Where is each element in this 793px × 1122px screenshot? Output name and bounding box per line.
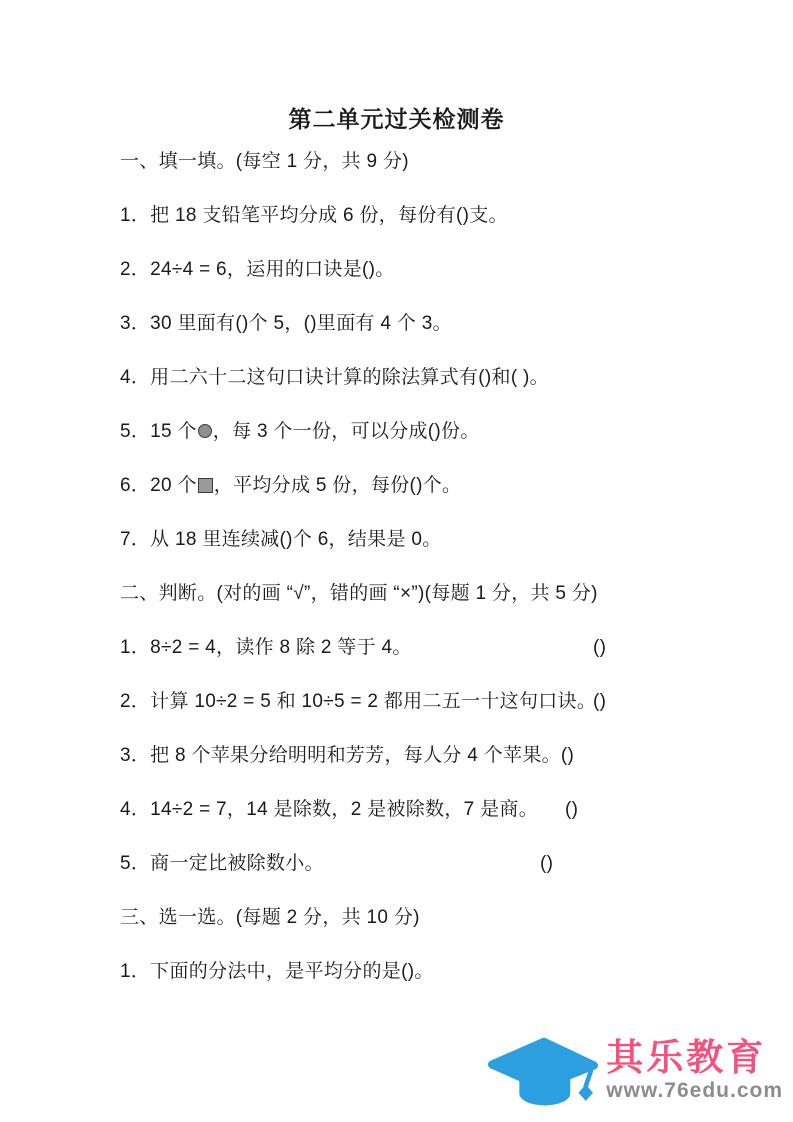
gray-square-icon: [198, 478, 213, 493]
judge-question-1: 1．8÷2 = 4，读作 8 除 2 等于 4。(): [120, 636, 720, 660]
fill-question-6: 6．20 个，平均分成 5 份，每份()个。: [120, 474, 720, 498]
judge-question-4-text: 4．14÷2 = 7，14 是除数，2 是被除数，7 是商。: [120, 799, 538, 820]
publisher-name: 其乐教育: [606, 1037, 766, 1079]
fill-question-5-pre: 5．15 个: [120, 421, 197, 442]
judge-question-2-text: 2．计算 10÷2 = 5 和 10÷5 = 2 都用二五一十这句口诀。: [120, 691, 596, 712]
answer-bracket: (): [540, 852, 553, 876]
answer-bracket: (): [565, 798, 578, 822]
judge-question-5: 5．商一定比被除数小。(): [120, 852, 720, 876]
worksheet-page: 第二单元过关检测卷 一、填一填。(每空 1 分，共 9 分) 1．把 18 支铅…: [0, 0, 793, 1122]
answer-bracket: (): [593, 636, 606, 660]
publisher-logo-text: 其乐教育 www.76edu.com: [606, 1037, 783, 1103]
judge-question-3-text: 3．把 8 个苹果分给明明和芳芳，每人分 4 个苹果。: [120, 745, 561, 766]
section-heading-fill: 一、填一填。(每空 1 分，共 9 分): [120, 150, 720, 174]
section-heading-choose: 三、选一选。(每题 2 分，共 10 分): [120, 906, 720, 930]
judge-question-5-text: 5．商一定比被除数小。: [120, 853, 324, 874]
fill-question-7: 7．从 18 里连续减()个 6，结果是 0。: [120, 528, 720, 552]
fill-question-6-pre: 6．20 个: [120, 475, 197, 496]
page-title: 第二单元过关检测卷: [0, 105, 793, 133]
judge-question-3: 3．把 8 个苹果分给明明和芳芳，每人分 4 个苹果。(): [120, 744, 720, 768]
fill-question-2: 2．24÷4 = 6，运用的口诀是()。: [120, 258, 720, 282]
judge-question-1-text: 1．8÷2 = 4，读作 8 除 2 等于 4。: [120, 637, 412, 658]
section-heading-judge: 二、判断。(对的画 “√”，错的画 “×”)(每题 1 分，共 5 分): [120, 582, 720, 606]
publisher-website: www.76edu.com: [606, 1079, 783, 1103]
judge-question-2: 2．计算 10÷2 = 5 和 10÷5 = 2 都用二五一十这句口诀。(): [120, 690, 720, 714]
publisher-logo: 其乐教育 www.76edu.com: [483, 1026, 783, 1114]
gray-circle-icon: [198, 424, 212, 438]
fill-question-6-post: ，平均分成 5 份，每份()个。: [214, 475, 462, 496]
fill-question-1: 1．把 18 支铅笔平均分成 6 份，每份有()支。: [120, 204, 720, 228]
choose-question-1: 1．下面的分法中，是平均分的是()。: [120, 960, 720, 984]
fill-question-5: 5．15 个，每 3 个一份，可以分成()份。: [120, 420, 720, 444]
answer-bracket: (): [561, 745, 574, 766]
fill-question-4: 4．用二六十二这句口诀计算的除法算式有()和( )。: [120, 366, 720, 390]
graduation-cap-icon: [483, 1026, 603, 1114]
fill-question-3: 3．30 里面有()个 5，()里面有 4 个 3。: [120, 312, 720, 336]
worksheet-body: 一、填一填。(每空 1 分，共 9 分) 1．把 18 支铅笔平均分成 6 份，…: [120, 150, 720, 1014]
answer-bracket: (): [593, 690, 606, 714]
judge-question-4: 4．14÷2 = 7，14 是除数，2 是被除数，7 是商。(): [120, 798, 720, 822]
fill-question-5-post: ，每 3 个一份，可以分成()份。: [213, 421, 480, 442]
